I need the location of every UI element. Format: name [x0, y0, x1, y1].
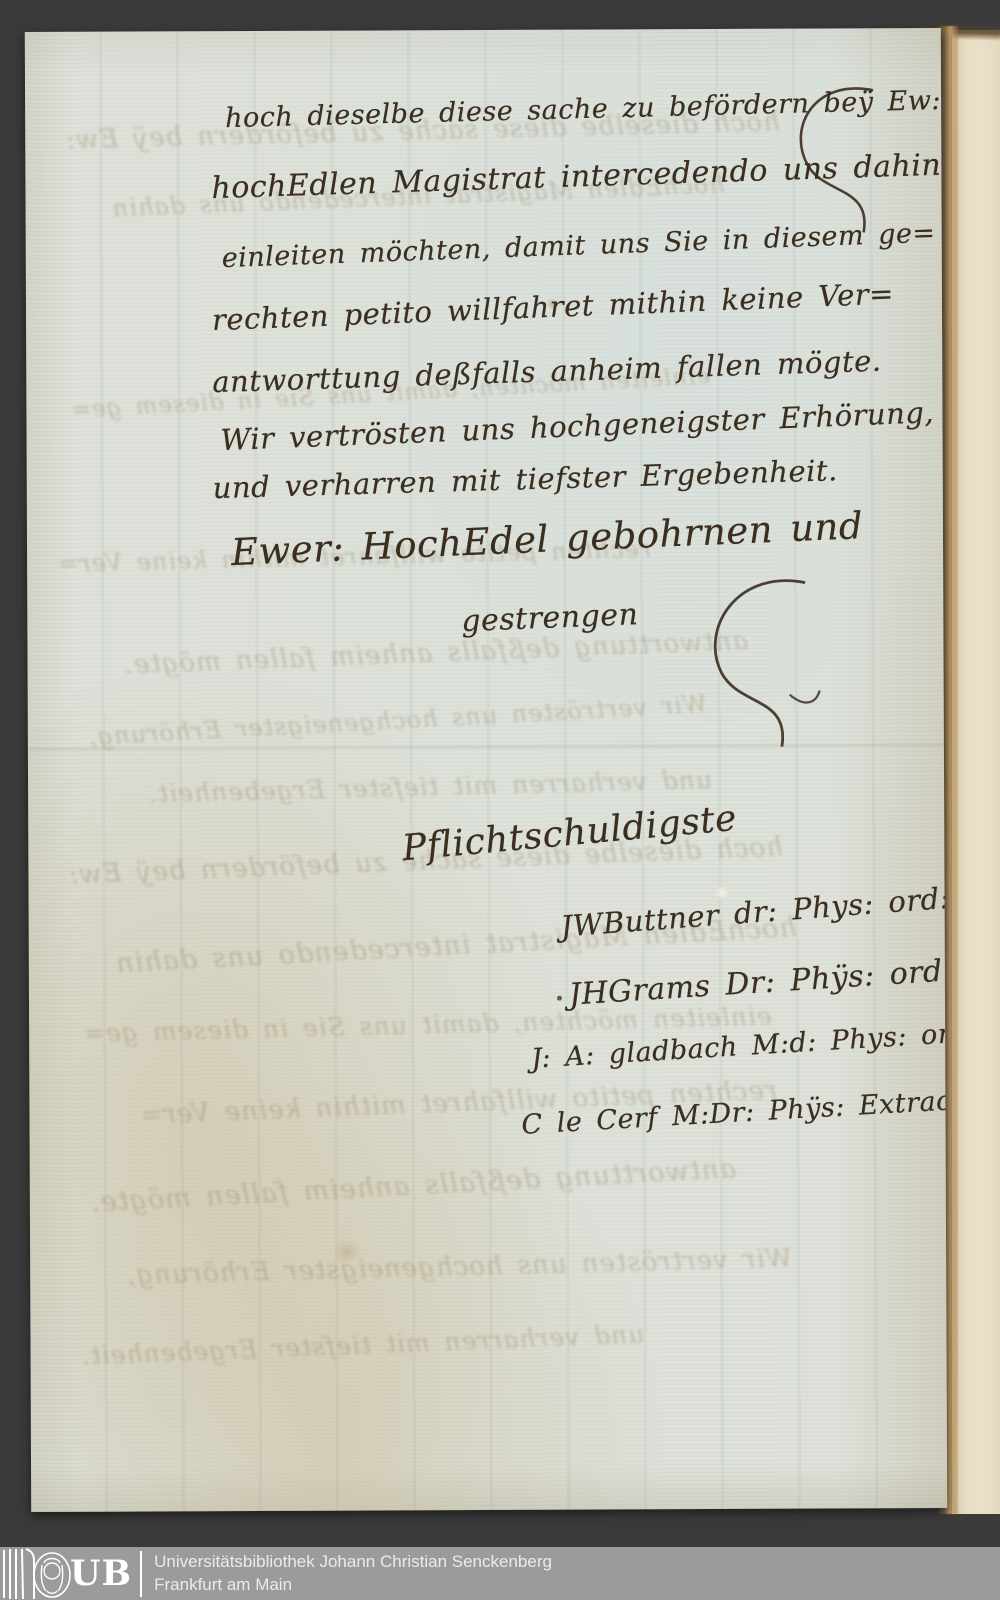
fold-crease [28, 743, 944, 751]
handwritten-line: und verharren mit tiefster Ergebenheit. [212, 453, 838, 505]
signature-line: J: A: gladbach M:d: Phys: ord= [530, 1016, 947, 1075]
salutation-line: gestrengen [461, 597, 639, 639]
ink-speck [557, 996, 562, 1001]
handwritten-line: rechten petito willfahret mithin keine V… [211, 276, 894, 337]
flourish-icon [693, 577, 824, 758]
library-city: Frankfurt am Main [154, 1574, 552, 1596]
logo-divider [140, 1551, 142, 1597]
scan-viewport: hoch dieselbe diese sache zu befördern b… [0, 0, 1000, 1600]
foxing-stain [330, 1241, 364, 1263]
signature-line: JWButtner dr: Phys: ord: [559, 881, 947, 944]
handwritten-line: antworttung deßfalls anheim fallen mögte… [212, 344, 882, 400]
library-name: Universitätsbibliothek Johann Christian … [154, 1551, 552, 1573]
adjacent-page-edge [952, 30, 1000, 1514]
handwritten-line: hochEdlen Magistrat intercedendo uns dah… [211, 148, 942, 207]
senckenberg-portrait-icon [30, 1549, 74, 1599]
signature-line: JHGrams Dr: Phÿs: ord: [568, 953, 947, 1012]
handwritten-line: einleiten möchten, damit uns Sie in dies… [221, 218, 936, 275]
manuscript-page: hoch dieselbe diese sache zu befördern b… [25, 28, 947, 1512]
closing-formula: Pflichtschuldigste [400, 798, 738, 870]
ub-logo-text: UB [70, 1556, 132, 1591]
salutation-line: Ewer: HochEdel gebohrnen und [230, 504, 864, 574]
handwritten-line: hoch dieselbe diese sache zu befördern b… [225, 85, 942, 134]
footer-bar: UB Universitätsbibliothek Johann Christi… [0, 1547, 1000, 1600]
ub-logo: UB [0, 1547, 154, 1600]
signature-line: C le Cerf M:Dr: Phÿs: Extraord= [521, 1082, 948, 1141]
handwritten-line: Wir vertrösten uns hochgeneigster Erhöru… [220, 395, 935, 457]
